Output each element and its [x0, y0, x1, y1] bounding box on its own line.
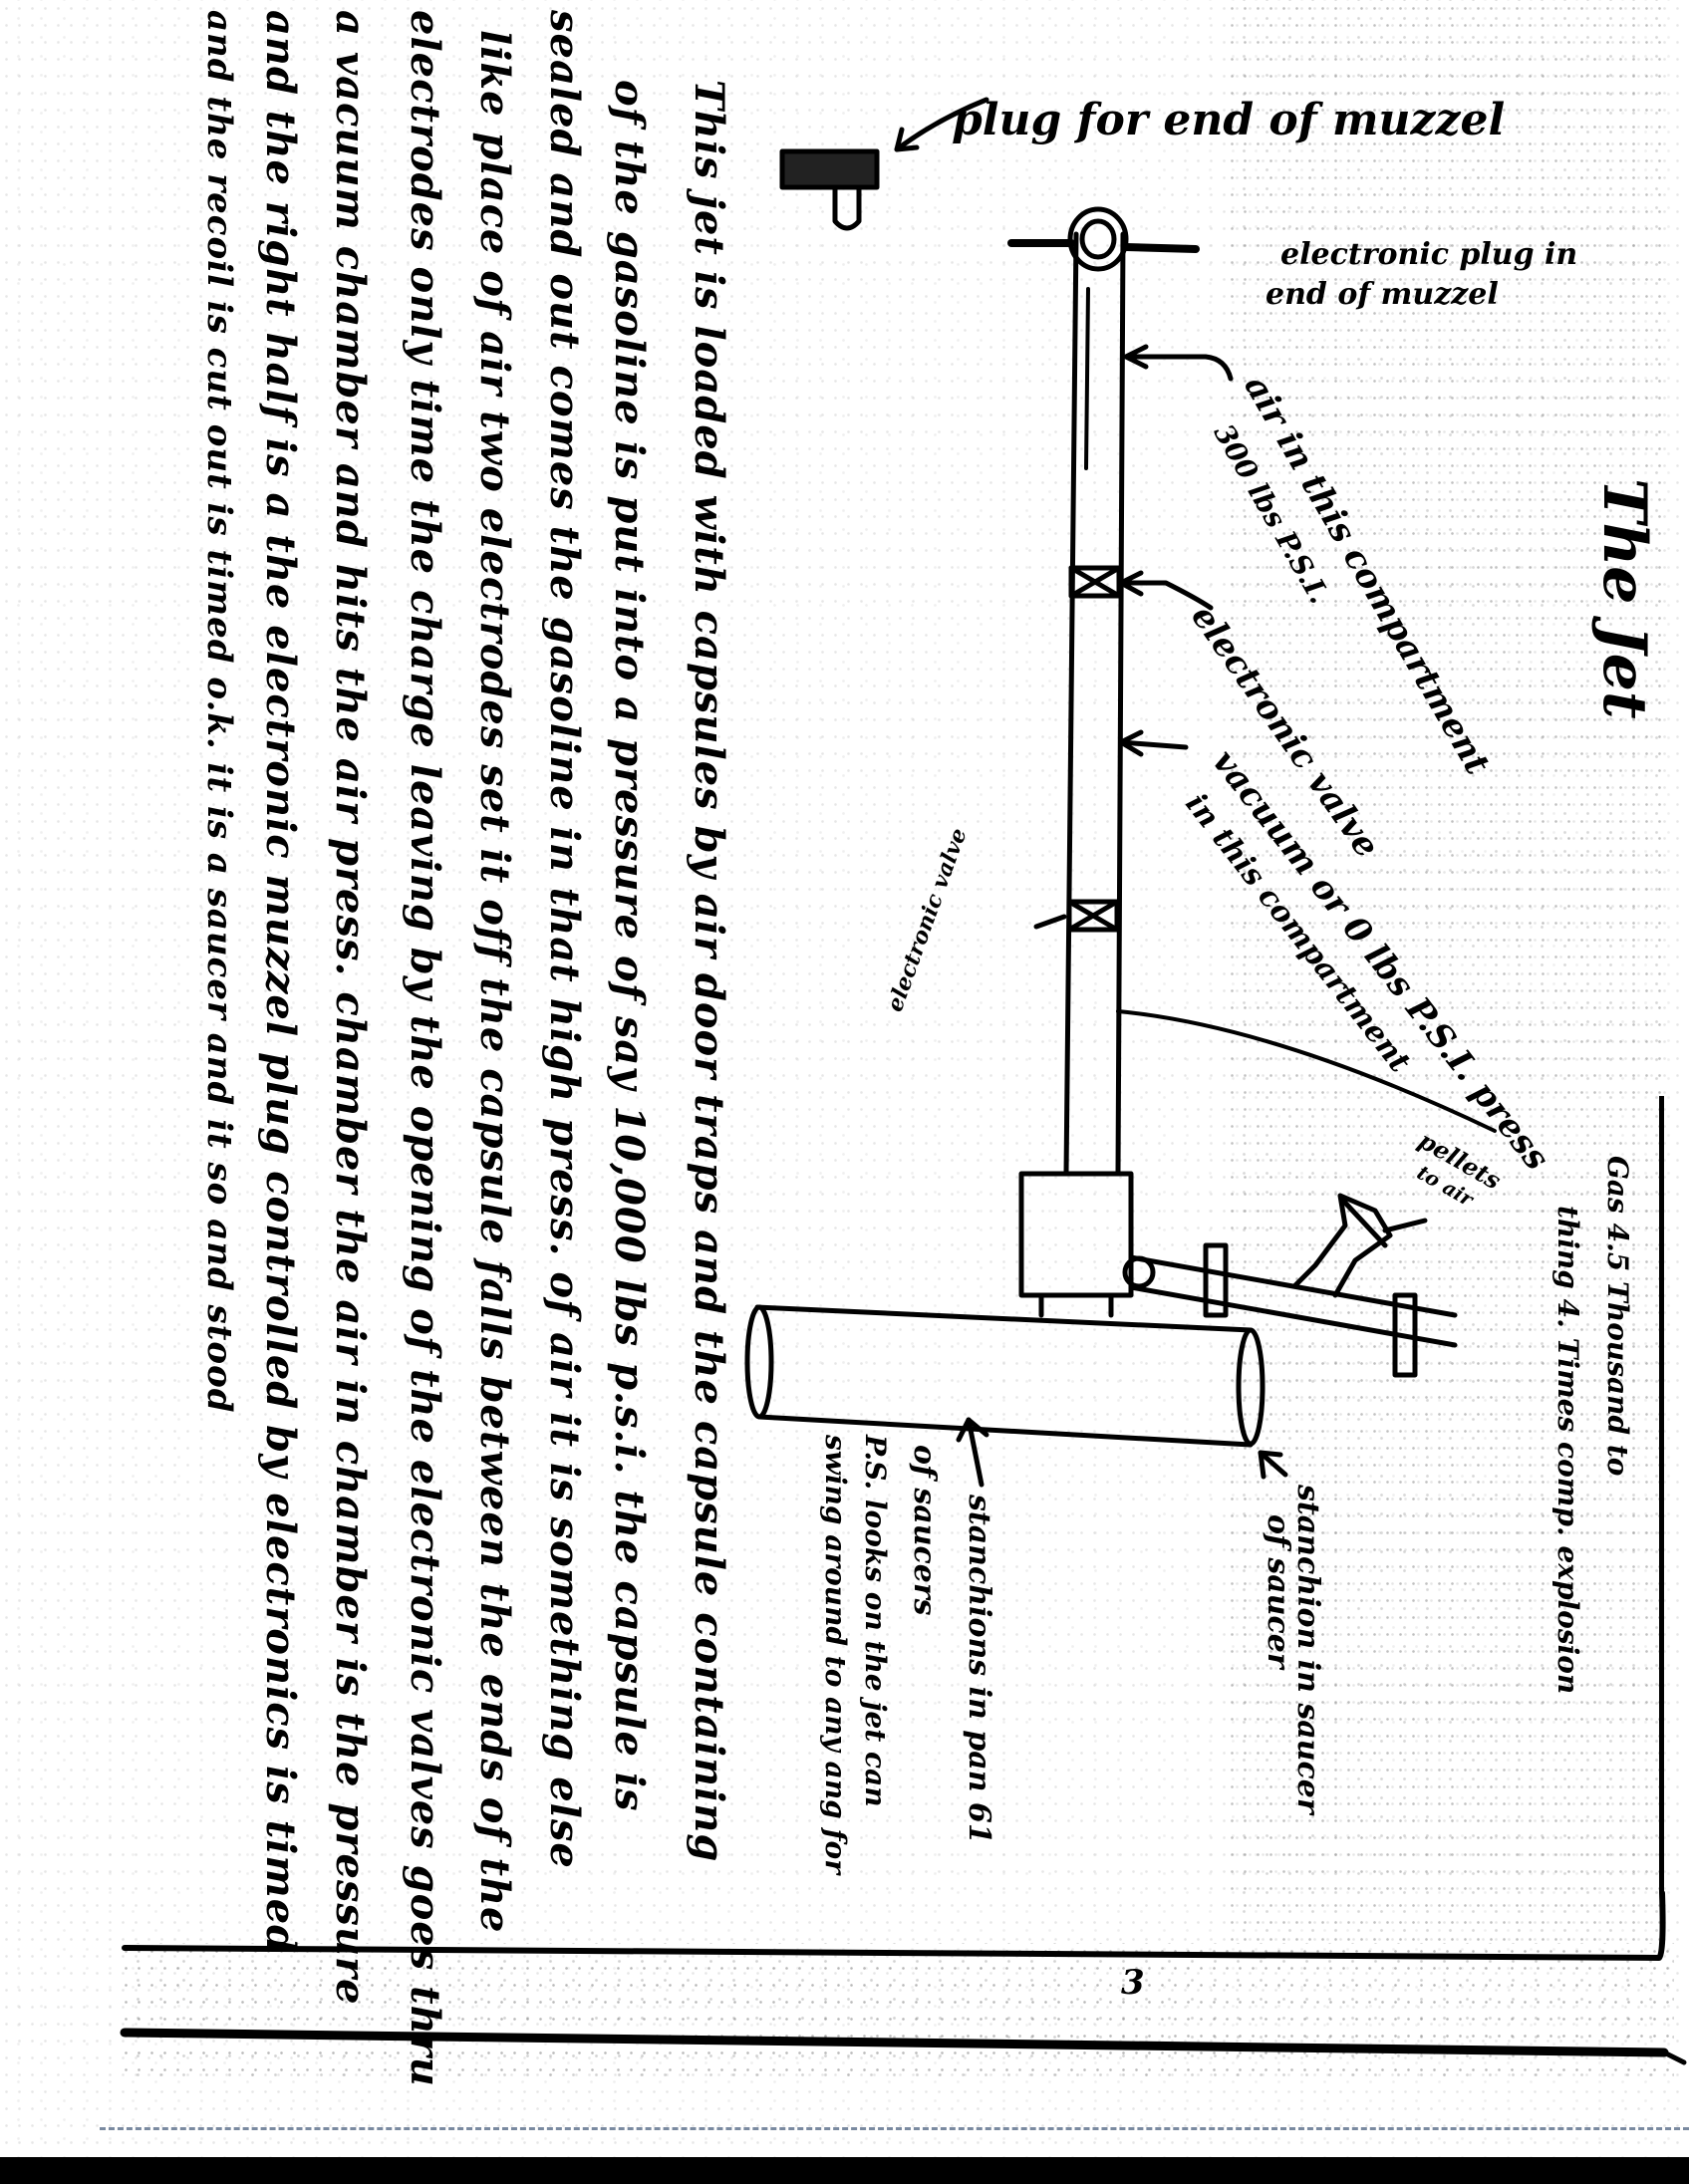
body-line-1: This jet is loaded with capsules by air … — [686, 80, 732, 1862]
note-right-1: Gas 4.5 Thousand to — [1601, 1156, 1634, 1476]
body-line-2: of the gasoline is put into a pressure o… — [606, 80, 653, 1812]
scan-artifact-line — [100, 2127, 1689, 2130]
label-stanchions-in-pan: stanchions in pan 61 — [962, 1495, 996, 1844]
label-muzzle-plug: plug for end of muzzel — [952, 95, 1505, 145]
body-line-5: electrodes only time the charge leaving … — [402, 10, 448, 2087]
label-electronic-plug-1: electronic plug in — [1280, 237, 1577, 272]
note-right-2: thing 4. Times comp. explosion — [1551, 1206, 1584, 1694]
body-line-8: and the recoil is cut out is timed o.k. … — [199, 10, 239, 1414]
body-line-4: like place of air two electrodes set it … — [471, 30, 518, 1934]
label-of-saucers: of saucers — [907, 1445, 942, 1616]
label-of-saucer: of saucer — [1261, 1514, 1295, 1669]
body-line-3: sealed and out comes the gasoline in tha… — [541, 10, 588, 1869]
page-title: The Jet — [1589, 478, 1659, 719]
page-mark: 3 — [1121, 1963, 1145, 2003]
body-line-6: a vacuum chamber and hits the air press.… — [327, 10, 374, 2006]
note-ps-2: swing around to any ang for — [819, 1435, 852, 1874]
label-stanchion-saucer: stanchion in saucer — [1290, 1485, 1325, 1814]
note-ps-1: P.S. looks on the jet can — [859, 1435, 892, 1807]
muzzle-plug-icon — [782, 151, 877, 228]
scan-bottom-band — [0, 2157, 1689, 2184]
scan-edge — [1659, 1096, 1664, 1893]
label-electronic-plug-2: end of muzzel — [1266, 277, 1499, 312]
scanned-page: The Jet plug for end of muzzel electroni… — [0, 0, 1689, 2184]
body-line-7: and the right half is a the electronic m… — [257, 10, 304, 1954]
